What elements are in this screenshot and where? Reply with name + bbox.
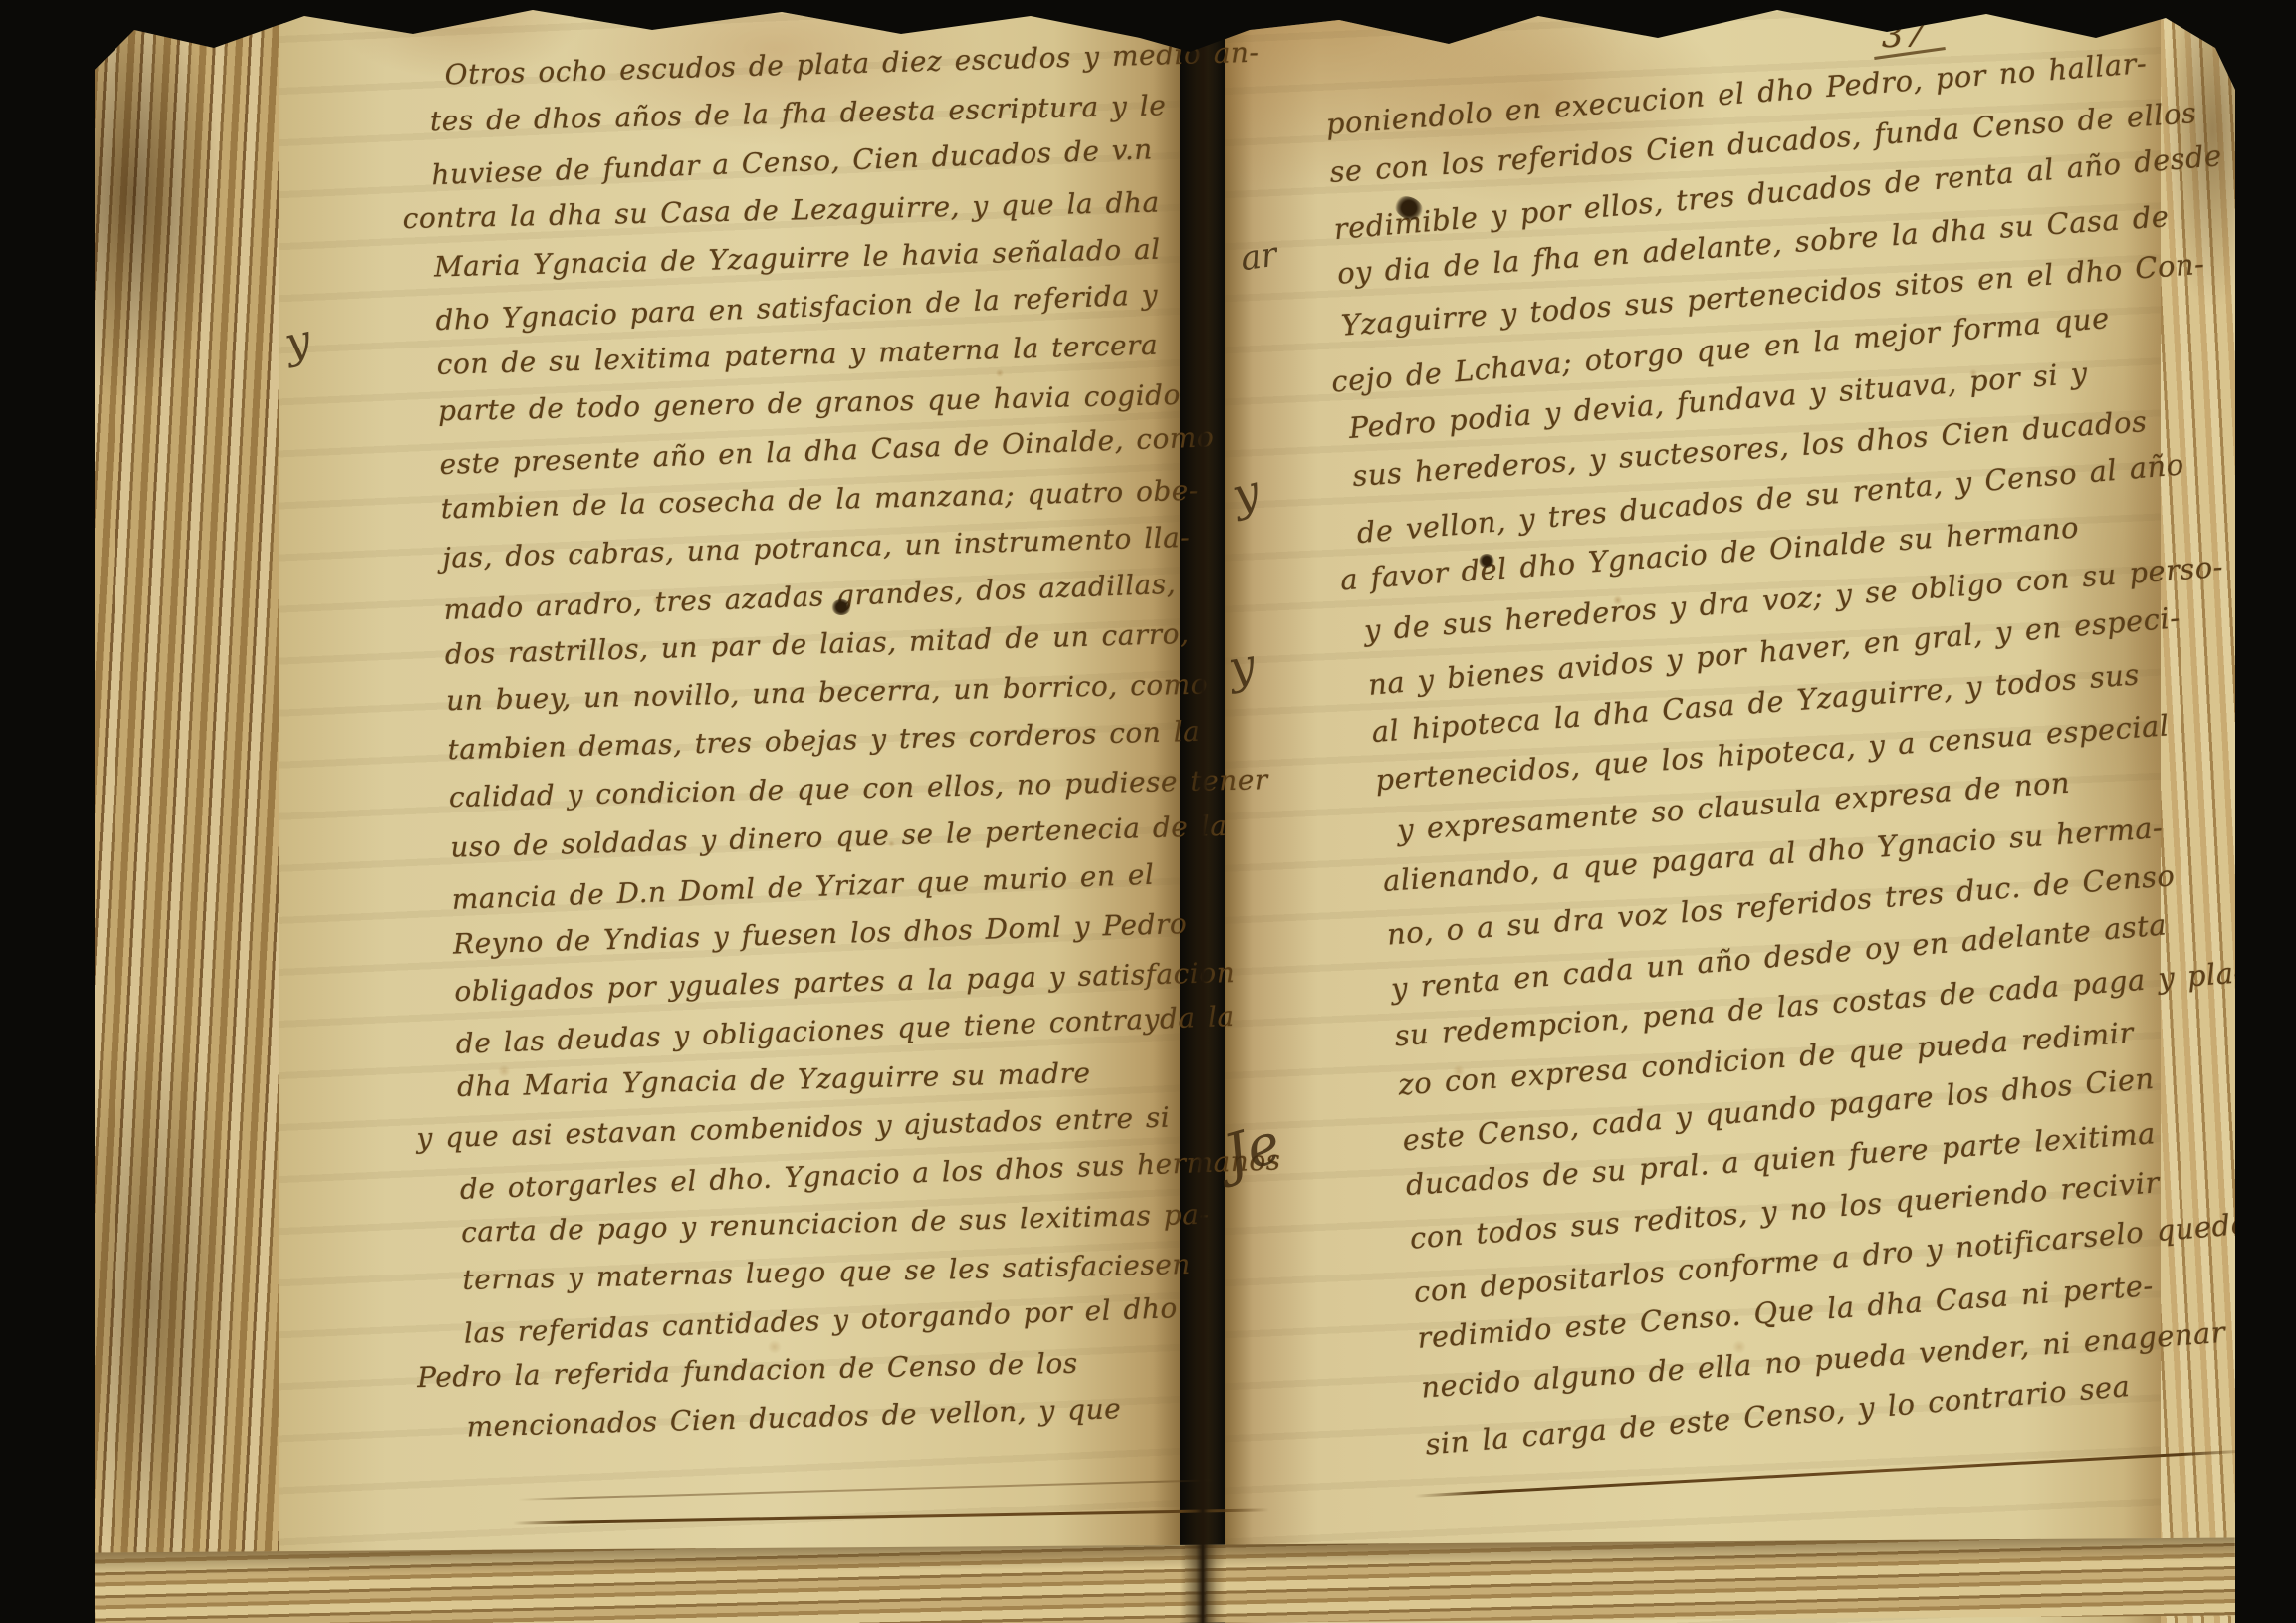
- ink-blot: [1479, 554, 1494, 568]
- left-page: Otros ocho escudos de plata diez escudos…: [279, 0, 1180, 1623]
- left-page-rule-faint: [518, 1479, 1215, 1501]
- right-page: 37 poniendolo en execucion el dho Pedro,…: [1225, 0, 2161, 1623]
- left-page-text: Otros ocho escudos de plata diez escudos…: [428, 29, 1297, 1452]
- left-page-rule: [513, 1508, 1269, 1524]
- book-gutter: [1180, 0, 1226, 1623]
- margin-mark: ar: [1238, 235, 1279, 280]
- photo-backdrop: Otros ocho escudos de plata diez escudos…: [0, 0, 2296, 1623]
- margin-mark: y: [280, 315, 315, 369]
- left-page-edges: [95, 0, 284, 1623]
- bottom-page-edges: [95, 1537, 2235, 1623]
- ink-blot: [831, 599, 851, 615]
- manuscript-book: Otros ocho escudos de plata diez escudos…: [95, 0, 2235, 1623]
- right-page-text: poniendolo en execucion el dho Pedro, po…: [1324, 33, 2296, 1467]
